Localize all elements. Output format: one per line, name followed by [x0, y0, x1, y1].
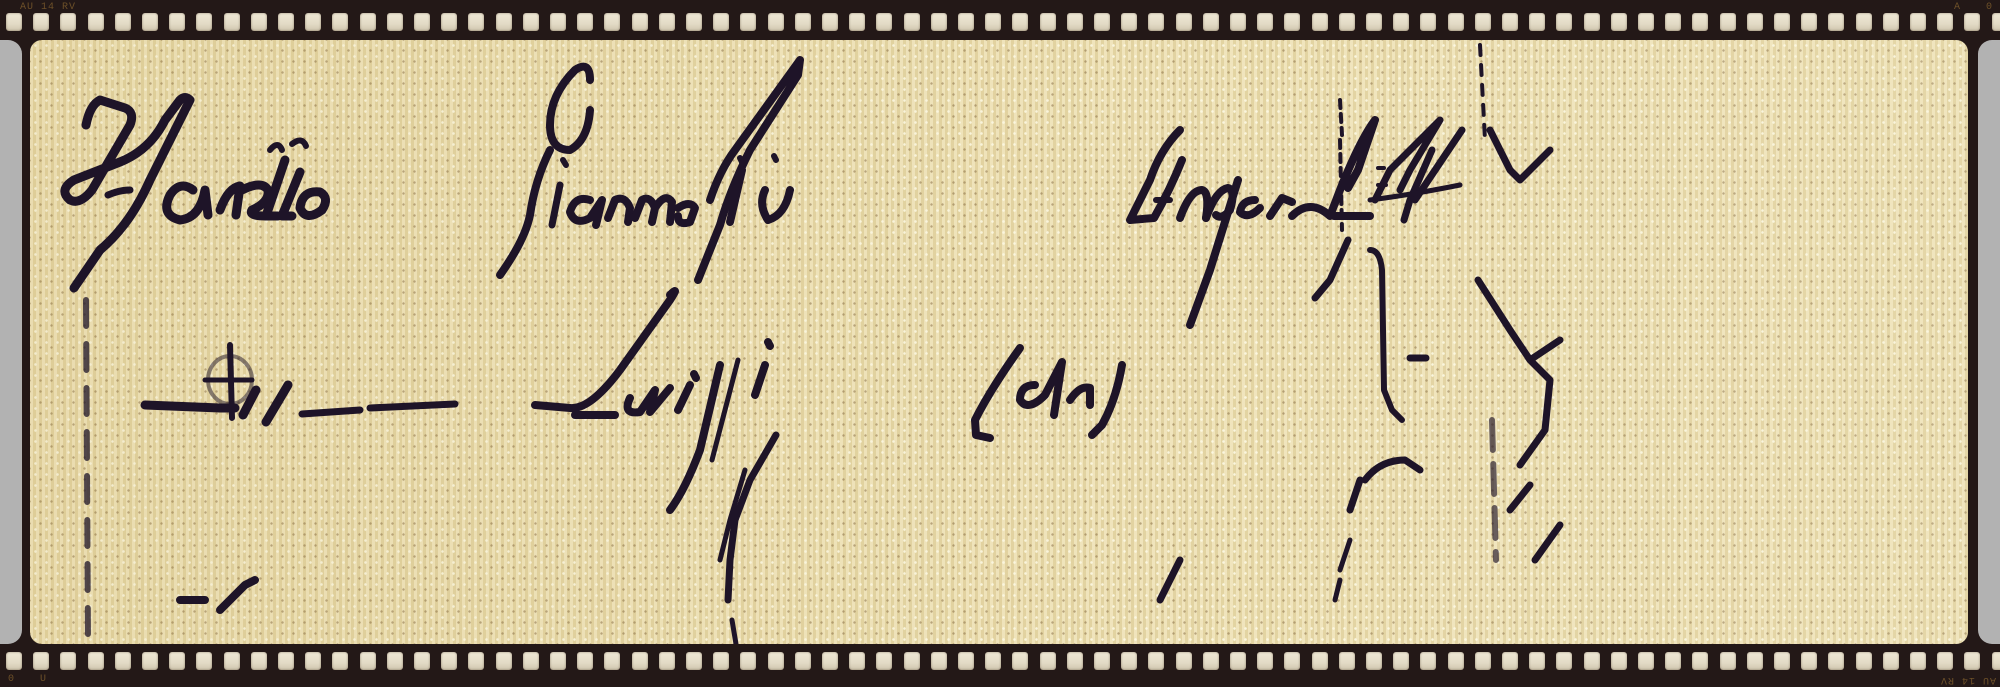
sprocket-hole: [1067, 652, 1083, 670]
sprocket-hole: [251, 652, 267, 670]
sprocket-hole: [1883, 13, 1899, 31]
sprocket-hole: [1203, 652, 1219, 670]
sprocket-hole: [468, 13, 484, 31]
sprocket-hole: [768, 652, 784, 670]
sprocket-hole: [1230, 652, 1246, 670]
edge-code-bottom-right: AU 14 RV: [1940, 674, 1996, 685]
sprocket-hole: [1121, 652, 1137, 670]
sprocket-hole: [1148, 652, 1164, 670]
sprocket-hole: [1094, 652, 1110, 670]
sprocket-hole: [1774, 652, 1790, 670]
edge-code-top-right-b: 0: [1986, 2, 1993, 13]
sprocket-hole: [1747, 13, 1763, 31]
sprocket-hole: [822, 652, 838, 670]
word-angela: [1130, 120, 1375, 325]
sprocket-hole: [1502, 652, 1518, 670]
sprocket-hole: [387, 652, 403, 670]
sprocket-hole: [1692, 13, 1708, 31]
sprocket-hole: [88, 13, 104, 31]
sprocket-hole: [1828, 652, 1844, 670]
sprocket-hole: [1339, 13, 1355, 31]
sprocket-hole: [1203, 13, 1219, 31]
sprocket-hole: [387, 13, 403, 31]
sprocket-hole: [332, 652, 348, 670]
sprocket-row-top: [0, 13, 2000, 33]
sprocket-hole: [33, 652, 49, 670]
sprocket-hole: [1475, 652, 1491, 670]
sprocket-hole: [224, 652, 240, 670]
sprocket-hole: [1230, 13, 1246, 31]
word-garello: [65, 98, 326, 289]
sprocket-hole: [632, 652, 648, 670]
sprocket-hole: [740, 13, 756, 31]
film-edge-left: [0, 40, 22, 644]
sprocket-hole: [224, 13, 240, 31]
sprocket-hole: [414, 652, 430, 670]
sprocket-hole: [360, 652, 376, 670]
sprocket-hole: [985, 13, 1001, 31]
sprocket-hole: [1638, 13, 1654, 31]
sprocket-hole: [523, 652, 539, 670]
film-edge-right: [1978, 40, 2000, 644]
sprocket-hole: [1801, 652, 1817, 670]
sprocket-hole: [1747, 652, 1763, 670]
sprocket-hole: [1448, 13, 1464, 31]
sprocket-hole: [1420, 13, 1436, 31]
sprocket-hole: [33, 13, 49, 31]
annotation-plus-11: [145, 345, 455, 422]
sprocket-hole: [713, 652, 729, 670]
sprocket-hole: [1012, 652, 1028, 670]
sprocket-hole: [1556, 13, 1572, 31]
sprocket-hole: [904, 13, 920, 31]
sprocket-hole: [686, 652, 702, 670]
sprocket-hole: [686, 13, 702, 31]
sprocket-hole: [1883, 652, 1899, 670]
sprocket-hole: [604, 652, 620, 670]
sprocket-hole: [1475, 13, 1491, 31]
sprocket-hole: [305, 13, 321, 31]
sprocket-hole: [414, 13, 430, 31]
sprocket-hole: [1366, 13, 1382, 31]
sprocket-hole: [849, 13, 865, 31]
sprocket-hole: [876, 652, 892, 670]
sprocket-hole: [768, 13, 784, 31]
film-strip: AU 14 RV A 0 0 U AU 14 RV Garello Gianma…: [0, 0, 2000, 687]
sprocket-hole: [904, 652, 920, 670]
sprocket-hole: [1012, 13, 1028, 31]
sprocket-hole: [659, 13, 675, 31]
sprocket-hole: [1774, 13, 1790, 31]
sprocket-hole: [1366, 652, 1382, 670]
sprocket-hole: [1148, 13, 1164, 31]
sprocket-hole: [1611, 652, 1627, 670]
sprocket-hole: [1339, 652, 1355, 670]
sprocket-hole: [441, 652, 457, 670]
sprocket-hole: [1992, 652, 2000, 670]
sprocket-hole: [577, 652, 593, 670]
sprocket-hole: [1176, 652, 1192, 670]
sprocket-hole: [278, 652, 294, 670]
sprocket-hole: [1556, 652, 1572, 670]
sprocket-hole: [1529, 13, 1545, 31]
sprocket-hole: [496, 652, 512, 670]
sprocket-hole: [1801, 13, 1817, 31]
sprocket-hole: [1692, 652, 1708, 670]
sprocket-hole: [1284, 13, 1300, 31]
sprocket-hole: [496, 13, 512, 31]
left-margin-line: [86, 300, 88, 640]
sprocket-hole: [822, 13, 838, 31]
sprocket-hole: [550, 652, 566, 670]
sprocket-hole: [1040, 13, 1056, 31]
sprocket-hole: [795, 652, 811, 670]
sprocket-hole: [1584, 652, 1600, 670]
sprocket-hole: [1611, 13, 1627, 31]
sprocket-hole: [876, 13, 892, 31]
word-gianmaria: [500, 60, 800, 280]
sprocket-hole: [1040, 652, 1056, 670]
sprocket-hole: [360, 13, 376, 31]
edge-code-top-right-a: A: [1954, 2, 1961, 13]
sprocket-hole: [604, 13, 620, 31]
sprocket-hole: [1856, 652, 1872, 670]
sprocket-hole: [6, 13, 22, 31]
sprocket-hole: [1910, 13, 1926, 31]
sprocket-hole: [169, 13, 185, 31]
edge-code-bottom-left-a: 0: [8, 674, 15, 685]
sprocket-hole: [795, 13, 811, 31]
sprocket-hole: [659, 652, 675, 670]
sprocket-hole: [1312, 652, 1328, 670]
sprocket-hole: [1638, 652, 1654, 670]
sprocket-hole: [550, 13, 566, 31]
sprocket-hole: [1665, 13, 1681, 31]
sprocket-hole: [115, 652, 131, 670]
sprocket-hole: [713, 13, 729, 31]
sprocket-hole: [1284, 652, 1300, 670]
sprocket-hole: [305, 652, 321, 670]
sprocket-row-bottom: [0, 652, 2000, 672]
sprocket-hole: [523, 13, 539, 31]
sprocket-hole: [632, 13, 648, 31]
sprocket-hole: [1176, 13, 1192, 31]
sprocket-hole: [278, 13, 294, 31]
sprocket-hole: [6, 652, 22, 670]
edge-code-top-left: AU 14 RV: [20, 2, 76, 13]
annotation-right: [1315, 100, 1462, 420]
sprocket-hole: [985, 652, 1001, 670]
sprocket-hole: [958, 652, 974, 670]
sprocket-hole: [1393, 652, 1409, 670]
sprocket-hole: [1094, 13, 1110, 31]
sprocket-hole: [60, 652, 76, 670]
word-luigi-don: [535, 291, 1122, 510]
edge-code-bottom-left-b: U: [40, 674, 47, 685]
sprocket-hole: [1665, 652, 1681, 670]
sprocket-hole: [1393, 13, 1409, 31]
sprocket-hole: [577, 13, 593, 31]
sprocket-hole: [196, 13, 212, 31]
sprocket-hole: [931, 13, 947, 31]
sprocket-hole: [849, 652, 865, 670]
document-frame: Garello Gianmaria Angela +11 Luigi (don): [30, 40, 1968, 644]
sprocket-hole: [1420, 652, 1436, 670]
sprocket-hole: [251, 13, 267, 31]
sprocket-hole: [1910, 652, 1926, 670]
sprocket-hole: [1312, 13, 1328, 31]
sprocket-hole: [1720, 652, 1736, 670]
sprocket-hole: [142, 13, 158, 31]
sprocket-hole: [1856, 13, 1872, 31]
sprocket-hole: [1529, 652, 1545, 670]
sprocket-hole: [1964, 13, 1980, 31]
sprocket-hole: [1257, 13, 1273, 31]
bottom-left-fragment: [180, 580, 255, 610]
sprocket-hole: [958, 13, 974, 31]
handwriting: [30, 40, 1968, 644]
sprocket-hole: [468, 652, 484, 670]
sprocket-hole: [142, 652, 158, 670]
descenders: [720, 435, 1180, 644]
sprocket-hole: [332, 13, 348, 31]
sprocket-hole: [1937, 13, 1953, 31]
sprocket-hole: [1121, 13, 1137, 31]
sprocket-hole: [1828, 13, 1844, 31]
sprocket-hole: [1720, 13, 1736, 31]
sprocket-hole: [1257, 652, 1273, 670]
sprocket-hole: [1448, 652, 1464, 670]
sprocket-hole: [931, 652, 947, 670]
sprocket-hole: [441, 13, 457, 31]
sprocket-hole: [1937, 652, 1953, 670]
sprocket-hole: [169, 652, 185, 670]
sprocket-hole: [1067, 13, 1083, 31]
sprocket-hole: [1502, 13, 1518, 31]
sprocket-hole: [1992, 13, 2000, 31]
sprocket-hole: [115, 13, 131, 31]
sprocket-hole: [1964, 652, 1980, 670]
sprocket-hole: [60, 13, 76, 31]
sprocket-hole: [1584, 13, 1600, 31]
sprocket-hole: [740, 652, 756, 670]
sprocket-hole: [196, 652, 212, 670]
sprocket-hole: [88, 652, 104, 670]
